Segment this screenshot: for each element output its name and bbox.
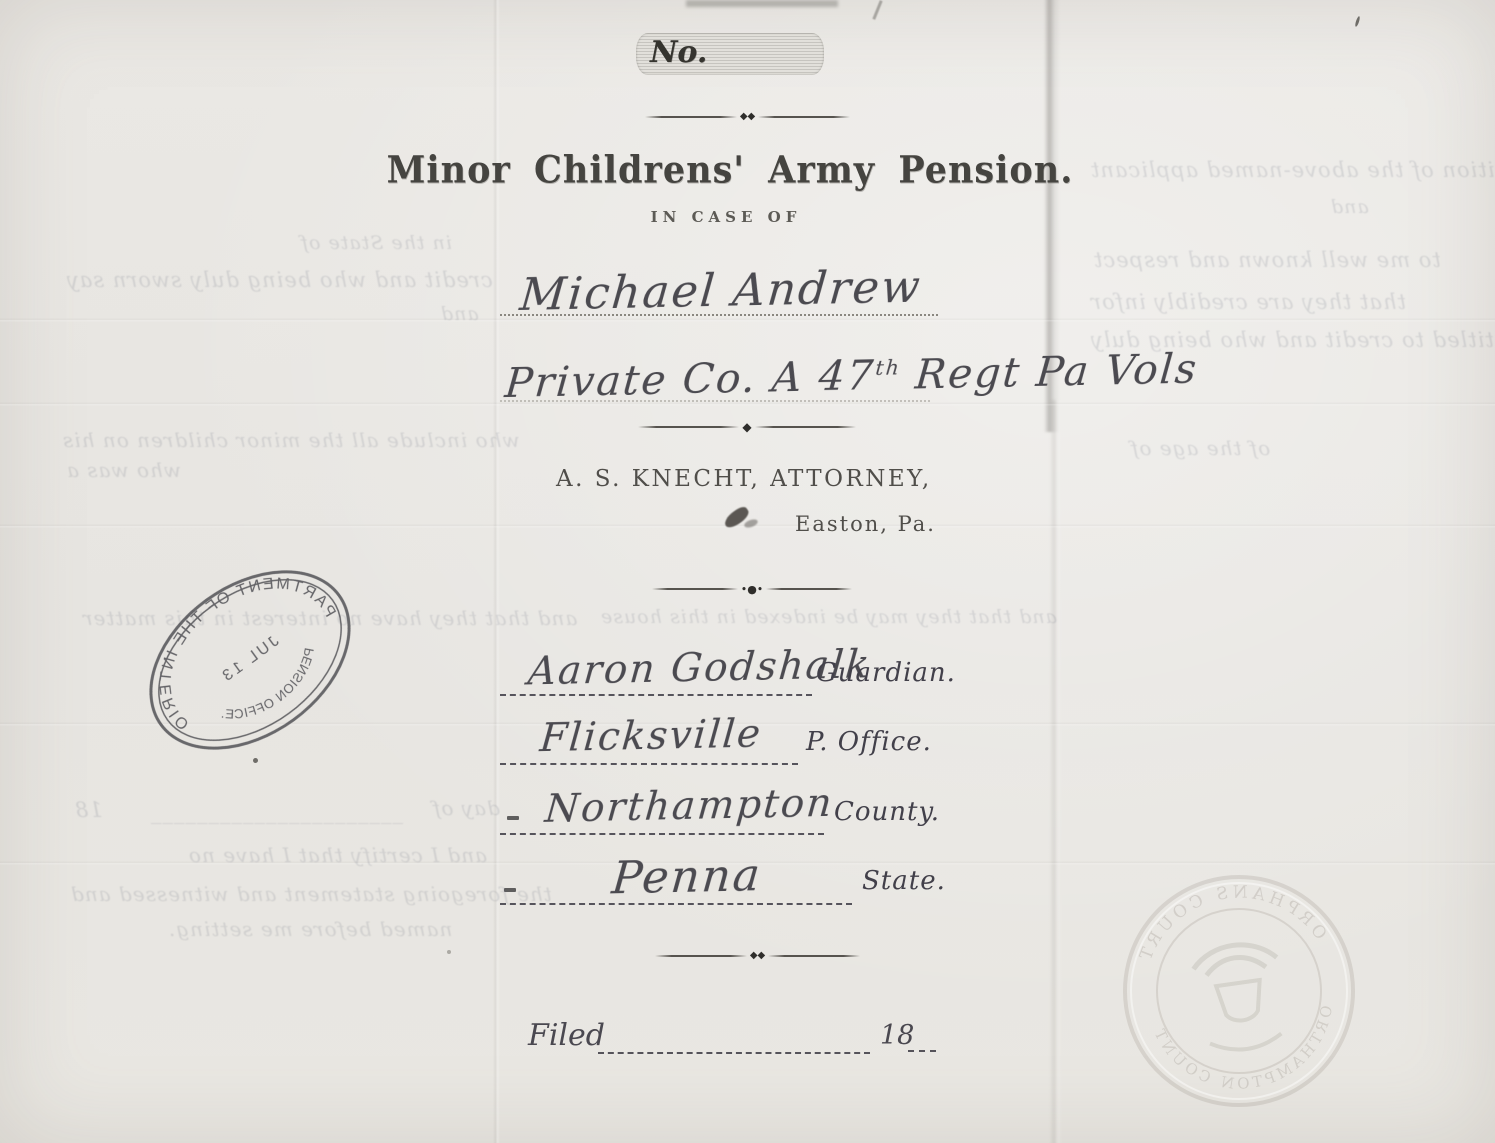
seal-eagle-wings	[1191, 940, 1278, 977]
bleedthrough-text: day of	[432, 796, 500, 820]
seal-shield	[1216, 980, 1265, 1023]
bleedthrough-text: and that they may be indexed in this hou…	[600, 606, 1057, 628]
attorney-line: A. S. KNECHT, ATTORNEY,	[556, 466, 932, 492]
scanned-pension-document: The petition of the above-named applican…	[0, 0, 1495, 1143]
soldier-name-handwriting: Michael Andrew	[518, 260, 924, 322]
post-office-label: P. Office.	[806, 727, 932, 757]
post-office-rule	[500, 763, 798, 765]
filed-label: Filed	[528, 1018, 605, 1053]
name-rule	[500, 314, 938, 316]
case-number-box: No.	[636, 33, 824, 75]
bleedthrough-text: of the age of	[1130, 436, 1270, 460]
county-rule	[500, 833, 824, 835]
document-title: Minor Childrens' Army Pension.	[0, 149, 1460, 192]
state-label: State.	[862, 866, 946, 896]
ink-fleck	[1354, 16, 1360, 27]
filed-date-rule	[598, 1024, 870, 1054]
embossed-court-seal: ORPHANS COURT NORTHAMPTON COUNTY	[1100, 852, 1378, 1130]
stamp-date: JUL 13	[217, 633, 282, 687]
county-handwriting: Northampton	[543, 781, 835, 832]
vertical-fold-crease-lower	[1050, 400, 1062, 1143]
service-handwriting: Private Co. A 47th Regt Pa Vols	[503, 345, 1200, 408]
bleedthrough-text: in the State of	[300, 232, 452, 254]
stray-pen-mark	[872, 0, 882, 20]
horizontal-crease	[0, 402, 1495, 406]
ink-fleck	[447, 950, 451, 954]
margin-tick-mark	[507, 816, 519, 820]
county-label: County.	[834, 797, 940, 827]
bleedthrough-text: who was a	[66, 458, 181, 482]
state-rule	[500, 903, 852, 905]
ornamental-divider: ◆◆	[655, 950, 860, 962]
guardian-label: Guardian.	[816, 658, 956, 688]
bleedthrough-text: credit and who being duly sworn say	[66, 268, 493, 292]
service-rule	[500, 400, 930, 402]
case-number-label: No.	[650, 35, 707, 70]
bleedthrough-text: that they are credibly infor	[1090, 290, 1406, 314]
filed-year-rule	[908, 1030, 936, 1052]
seal-banner	[1210, 1034, 1283, 1054]
diamond-ornament: ◆◆	[747, 951, 768, 961]
ornamental-divider: ◆◆	[645, 111, 850, 123]
in-case-of-label: IN CASE OF	[0, 208, 1452, 226]
state-handwriting: Penna	[610, 848, 764, 904]
dot-ornament: •●•	[738, 584, 767, 595]
ornamental-divider: •●•	[652, 583, 852, 595]
bleedthrough-text: the foregoing statement and witnessed an…	[70, 882, 552, 906]
bleedthrough-text: 18	[74, 798, 103, 822]
guardian-rule	[500, 694, 812, 696]
post-office-handwriting: Flicksville	[538, 712, 764, 762]
bleedthrough-text: who include all the minor children on hi…	[62, 428, 520, 452]
ornamental-divider: ◆	[638, 421, 856, 433]
diamond-ornament: ◆◆	[737, 112, 758, 122]
attorney-city: Easton, Pa.	[795, 512, 936, 536]
bleedthrough-text: named before me setting.	[168, 917, 452, 941]
bleedthrough-text: and	[440, 303, 479, 325]
top-edge-ink-streak	[686, 0, 838, 7]
bleedthrough-text: and I certify that I have no	[188, 843, 487, 867]
bleedthrough-text: to me well known and respect	[1093, 248, 1441, 272]
horizontal-crease	[0, 318, 1495, 322]
diamond-ornament: ◆	[739, 421, 754, 433]
